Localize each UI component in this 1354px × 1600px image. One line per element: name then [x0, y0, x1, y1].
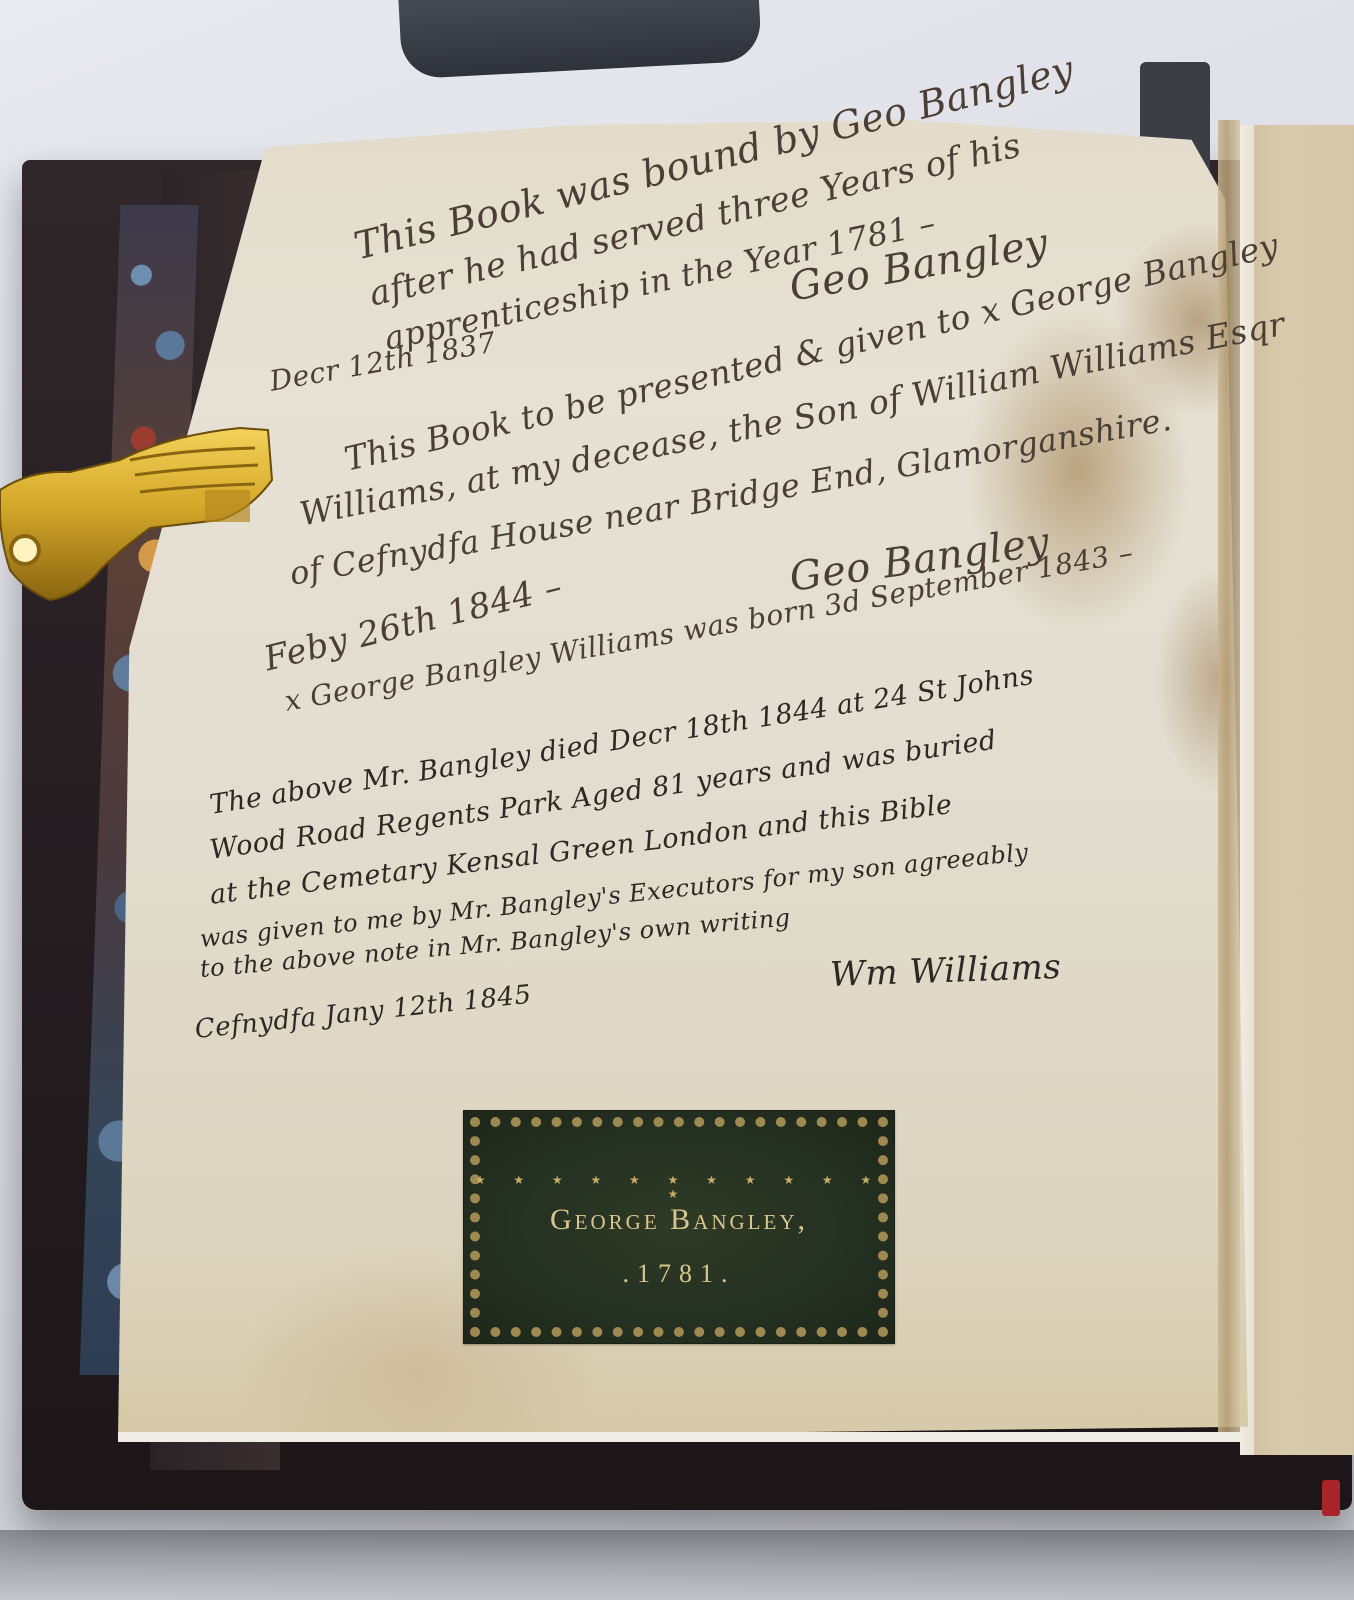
photo-scene: This Book was bound by Geo Bangley after… [0, 0, 1354, 1600]
table-shadow [0, 1530, 1354, 1600]
brass-hand-clip-icon [0, 420, 275, 630]
receipt-note-signature: Wm Williams [829, 947, 1062, 995]
label-year: .1781. [464, 1259, 894, 1289]
bookmark-ribbon [1322, 1480, 1340, 1516]
gilt-book-label: ★ ★ ★ ★ ★ ★ ★ ★ ★ ★ ★ ★ George Bangley, … [463, 1110, 895, 1344]
label-name: George Bangley, [464, 1203, 894, 1237]
page-bottom-edge [118, 1432, 1240, 1442]
dark-object-background [398, 0, 762, 79]
label-stars-top: ★ ★ ★ ★ ★ ★ ★ ★ ★ ★ ★ ★ [464, 1173, 894, 1201]
